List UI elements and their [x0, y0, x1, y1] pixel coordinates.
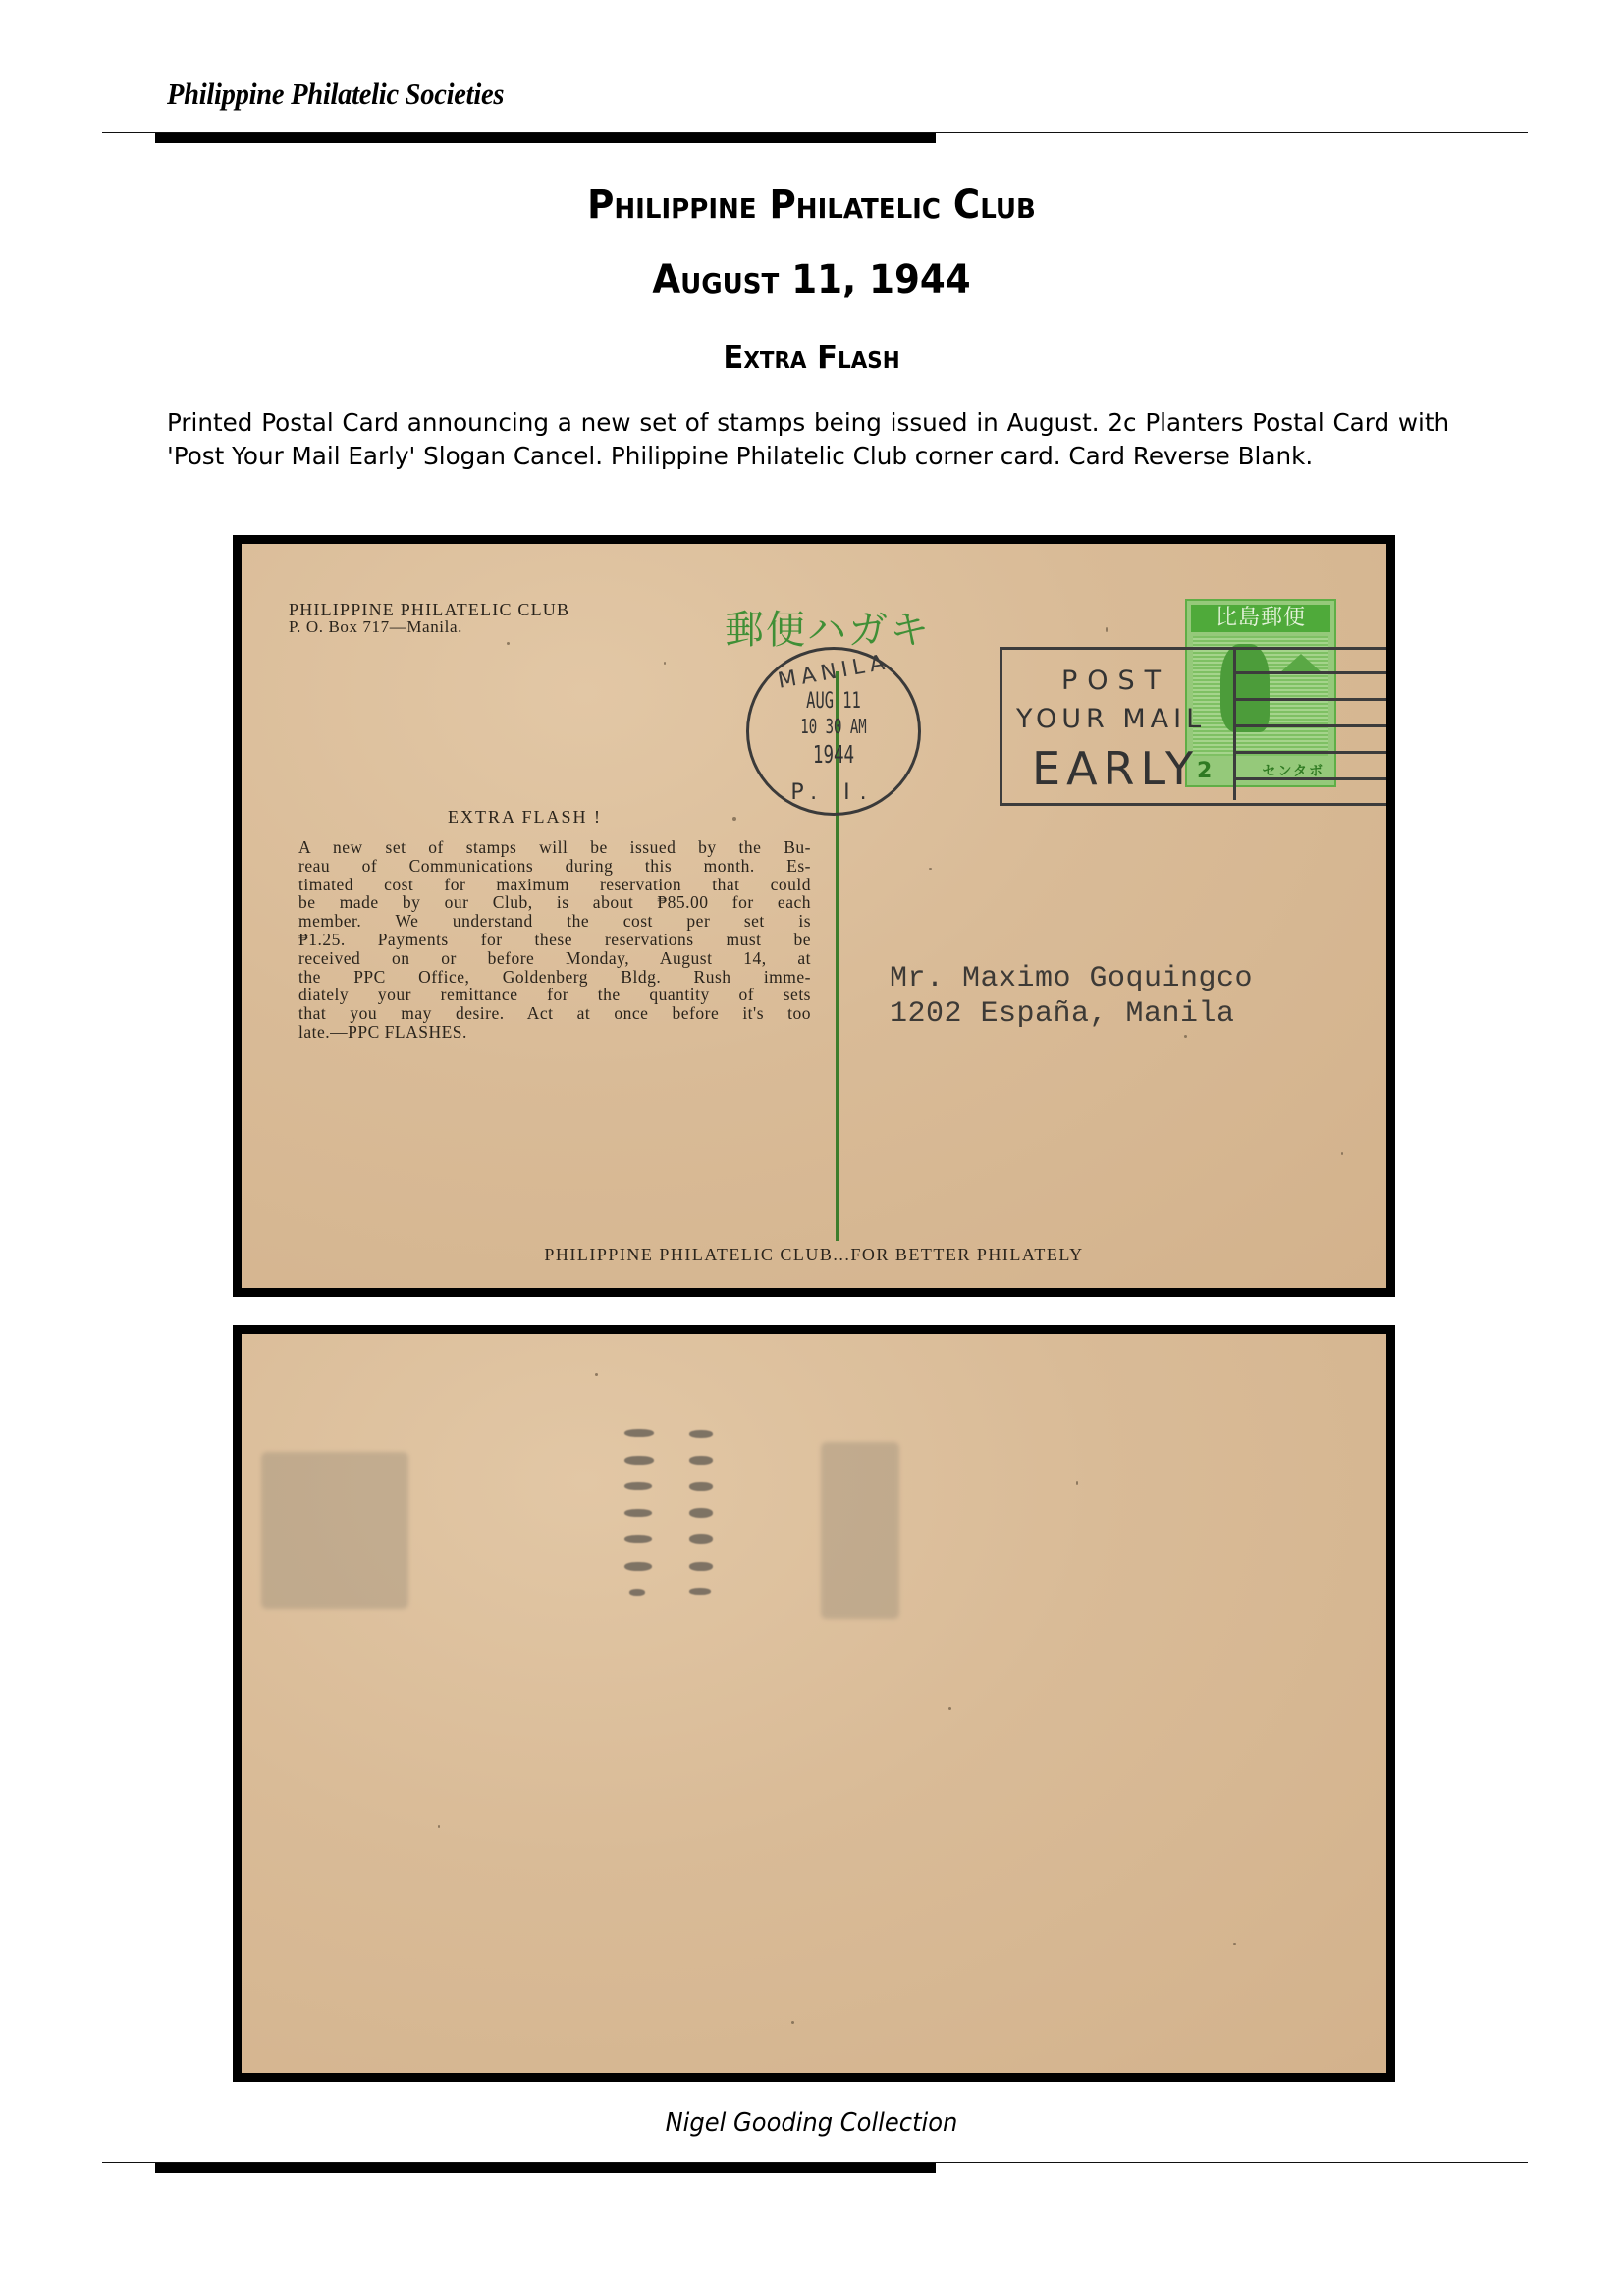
description: Printed Postal Card announcing a new set… [167, 406, 1449, 473]
flash-message: A new set of stamps will be issued by th… [298, 838, 811, 1041]
message-line: that you may desire. Act at once before … [298, 1004, 811, 1023]
page-title: Philippine Philatelic Club [57, 183, 1566, 228]
cancel-bar [1235, 671, 1387, 674]
message-line: diately your remittance for the quantity… [298, 986, 811, 1004]
message-line: A new set of stamps will be issued by th… [298, 838, 811, 857]
message-line: late.—PPC FLASHES. [298, 1023, 811, 1041]
slogan-line-2: YOUR MAIL [1016, 704, 1206, 734]
cancel-bar [1235, 698, 1387, 701]
message-line: ₱1.25. Payments for these reservations m… [298, 931, 811, 949]
postmark-country: P. I. [749, 780, 918, 805]
cancel-bar [1235, 777, 1387, 780]
message-line: the PPC Office, Goldenberg Bldg. Rush im… [298, 968, 811, 987]
message-line: received on or before Monday, August 14,… [298, 949, 811, 968]
header-rule-bar [155, 133, 936, 143]
postal-card-front: PHILIPPINE PHILATELIC CLUB P. O. Box 717… [233, 535, 1395, 1297]
message-line: reau of Communications during this month… [298, 857, 811, 876]
running-title: Philippine Philatelic Societies [167, 77, 504, 112]
postmark-time: 10 30 AM [775, 715, 893, 738]
stamp-inscription: 比島郵便 [1191, 605, 1330, 632]
address-name: Mr. Maximo Goquingco [890, 961, 1253, 996]
slogan-line-3: EARLY [1032, 742, 1199, 795]
postal-card-back [233, 1325, 1395, 2082]
collection-credit: Nigel Gooding Collection [57, 2109, 1566, 2138]
page-subtitle: Extra Flash [57, 338, 1566, 376]
slogan-line-1: POST [1061, 666, 1170, 696]
flash-heading: EXTRA FLASH ! [448, 807, 602, 828]
postmark-year: 1944 [775, 740, 893, 769]
postmark-date: AUG 11 [775, 689, 893, 714]
corner-card-address: P. O. Box 717—Manila. [289, 618, 569, 636]
address-street: 1202 España, Manila [890, 996, 1253, 1032]
cancel-bar [1235, 724, 1387, 727]
page-date: August 11, 1944 [57, 257, 1566, 302]
cancel-bar [1235, 751, 1387, 754]
message-line: timated cost for maximum reservation tha… [298, 876, 811, 894]
card-footer-slogan: PHILIPPINE PHILATELIC CLUB...FOR BETTER … [242, 1245, 1386, 1265]
corner-card: PHILIPPINE PHILATELIC CLUB P. O. Box 717… [289, 601, 569, 636]
footer-rule-bar [155, 2163, 936, 2173]
corner-card-name: PHILIPPINE PHILATELIC CLUB [289, 601, 569, 618]
manila-postmark: MANILA AUG 11 10 30 AM 1944 P. I. [746, 647, 921, 816]
recipient-address: Mr. Maximo Goquingco 1202 España, Manila [890, 961, 1253, 1032]
message-line: member. We understand the cost per set i… [298, 912, 811, 931]
message-line: be made by our Club, is about ₱85.00 for… [298, 893, 811, 912]
